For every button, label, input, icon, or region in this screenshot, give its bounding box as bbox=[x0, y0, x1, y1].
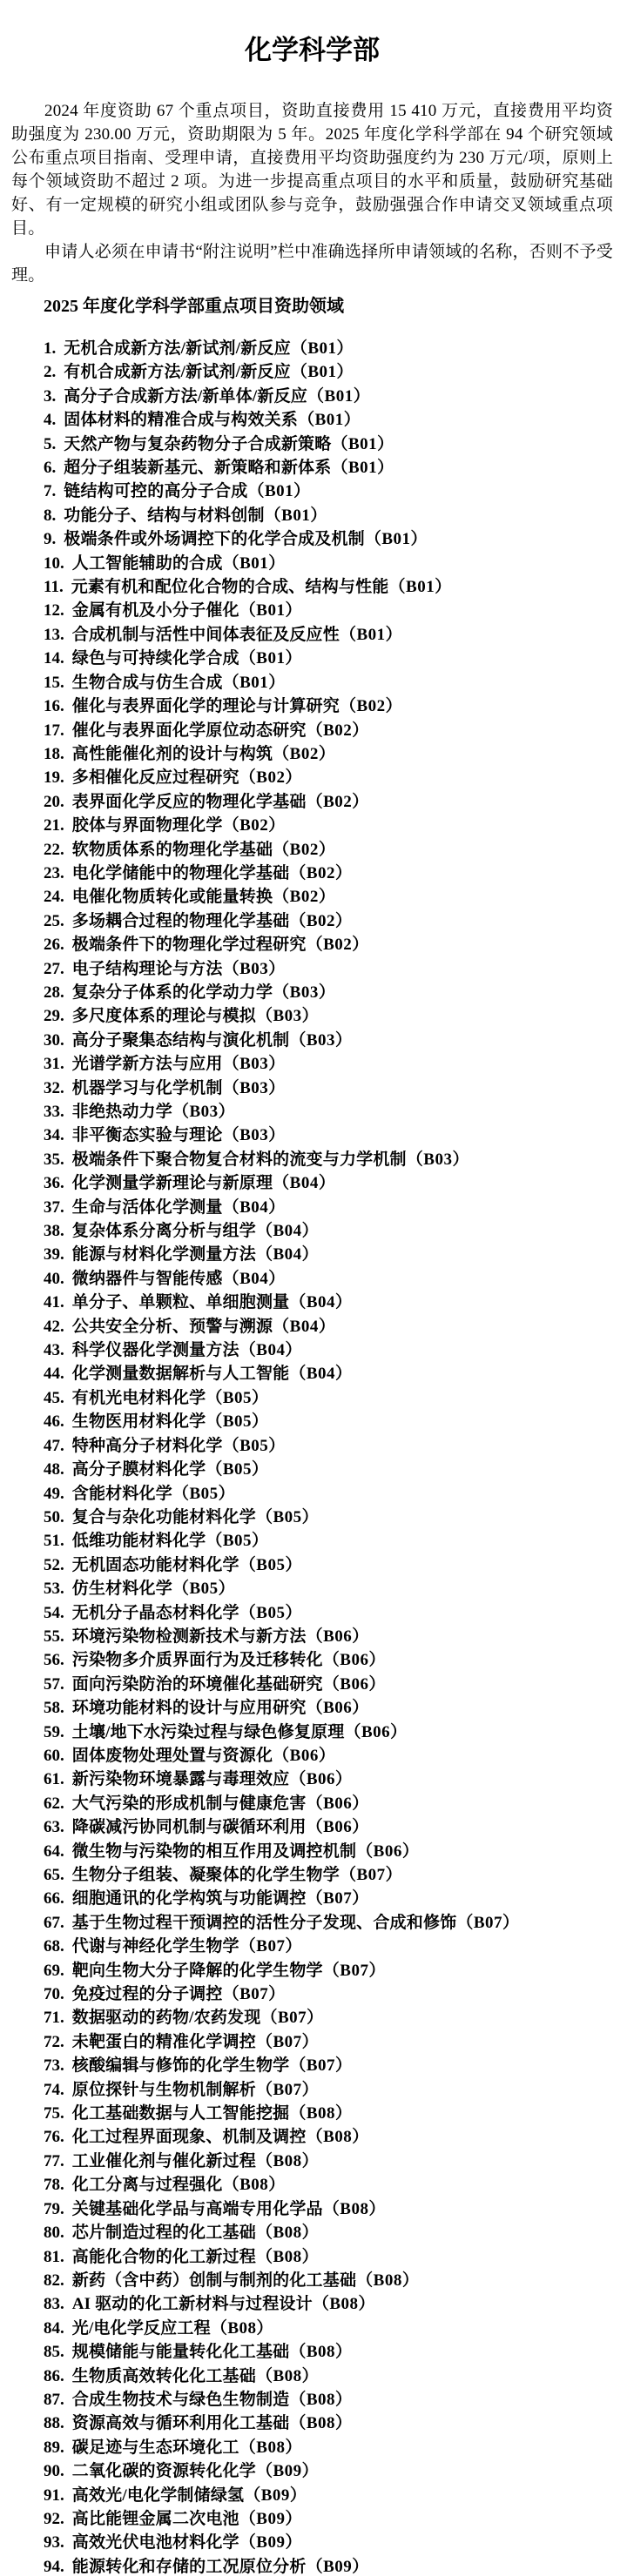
item-code: （B05） bbox=[239, 1604, 302, 1622]
item-title: 无机固态功能材料化学 bbox=[72, 1556, 239, 1574]
funding-area-item: 29.多尺度体系的理论与模拟（B03） bbox=[44, 1004, 613, 1028]
item-number: 20. bbox=[44, 793, 64, 811]
item-title: 高比能锂金属二次电池 bbox=[72, 2510, 239, 2528]
funding-area-item: 71.数据驱动的药物/农药发现（B07） bbox=[44, 2006, 613, 2029]
item-title: 高分子合成新方法/新单体/新反应 bbox=[64, 387, 307, 406]
funding-area-item: 7.链结构可控的高分子合成（B01） bbox=[44, 480, 613, 503]
funding-area-item: 58.环境功能材料的设计与应用研究（B06） bbox=[44, 1696, 613, 1720]
item-number: 18. bbox=[44, 745, 64, 763]
item-title: 超分子组装新基元、新策略和新体系 bbox=[64, 459, 331, 477]
item-code: （B08） bbox=[356, 2271, 419, 2290]
item-number: 33. bbox=[44, 1103, 64, 1121]
item-code: （B09） bbox=[239, 2533, 302, 2552]
funding-area-item: 73.核酸编辑与修饰的化学生物学（B07） bbox=[44, 2054, 613, 2077]
item-title: 新污染物环境暴露与毒理效应 bbox=[72, 1770, 290, 1788]
item-code: （B07） bbox=[256, 2033, 319, 2051]
item-number: 68. bbox=[44, 1937, 64, 1955]
item-number: 35. bbox=[44, 1150, 64, 1169]
funding-area-item: 54.无机分子晶态材料化学（B05） bbox=[44, 1601, 613, 1625]
item-number: 3. bbox=[44, 387, 56, 406]
item-title: 无机分子晶态材料化学 bbox=[72, 1604, 239, 1622]
item-number: 79. bbox=[44, 2200, 64, 2218]
item-number: 30. bbox=[44, 1031, 64, 1050]
item-number: 82. bbox=[44, 2271, 64, 2290]
item-title: 数据驱动的药物/农药发现 bbox=[72, 2009, 261, 2027]
item-code: （B05） bbox=[172, 1580, 235, 1598]
funding-area-item: 5.天然产物与复杂药物分子合成新策略（B01） bbox=[44, 433, 613, 456]
item-number: 10. bbox=[44, 554, 64, 573]
item-number: 12. bbox=[44, 601, 64, 620]
item-title: 电子结构理论与方法 bbox=[72, 960, 223, 978]
item-number: 61. bbox=[44, 1770, 64, 1788]
funding-area-item: 43.科学仪器化学测量方法（B04） bbox=[44, 1338, 613, 1362]
funding-area-item: 93.高效光伏电池材料化学（B09） bbox=[44, 2531, 613, 2554]
item-title: 复杂体系分离分析与组学 bbox=[72, 1222, 256, 1240]
item-number: 7. bbox=[44, 482, 56, 500]
item-title: 含能材料化学 bbox=[72, 1485, 172, 1503]
item-number: 16. bbox=[44, 697, 64, 715]
item-number: 31. bbox=[44, 1055, 64, 1073]
item-code: （B01） bbox=[365, 530, 428, 548]
item-code: （B08） bbox=[289, 2343, 352, 2361]
item-number: 38. bbox=[44, 1222, 64, 1240]
item-title: 低维功能材料化学 bbox=[72, 1532, 206, 1550]
item-code: （B06） bbox=[344, 1723, 407, 1741]
item-title: 生物分子组装、凝聚体的化学生物学 bbox=[72, 1866, 340, 1884]
funding-area-item: 8.功能分子、结构与材料创制（B01） bbox=[44, 504, 613, 527]
funding-area-item: 37.生命与活体化学测量（B04） bbox=[44, 1196, 613, 1219]
item-number: 70. bbox=[44, 1985, 64, 2003]
page-title: 化学科学部 bbox=[11, 0, 613, 68]
item-code: （B01） bbox=[239, 649, 302, 667]
item-number: 22. bbox=[44, 841, 64, 859]
item-title: 极端条件或外场调控下的化学合成及机制 bbox=[64, 530, 365, 548]
funding-area-item: 12.金属有机及小分子催化（B01） bbox=[44, 599, 613, 622]
funding-area-item: 74.原位探针与生物机制解析（B07） bbox=[44, 2078, 613, 2102]
funding-area-item: 24.电催化物质转化或能量转换（B02） bbox=[44, 885, 613, 909]
item-title: 合成机制与活性中间体表征及反应性 bbox=[72, 626, 340, 644]
item-number: 17. bbox=[44, 721, 64, 740]
funding-area-item: 13.合成机制与活性中间体表征及反应性（B01） bbox=[44, 623, 613, 647]
item-number: 13. bbox=[44, 626, 64, 644]
funding-area-item: 18.高性能催化剂的设计与构筑（B02） bbox=[44, 742, 613, 766]
item-code: （B02） bbox=[307, 793, 369, 811]
funding-area-item: 70.免疫过程的分子调控（B07） bbox=[44, 1982, 613, 2006]
item-number: 92. bbox=[44, 2510, 64, 2528]
item-code: （B04） bbox=[223, 1198, 286, 1217]
item-title: 靶向生物大分子降解的化学生物学 bbox=[72, 1962, 323, 1980]
item-number: 19. bbox=[44, 768, 64, 787]
item-number: 37. bbox=[44, 1198, 64, 1217]
item-number: 94. bbox=[44, 2558, 64, 2576]
item-number: 44. bbox=[44, 1365, 64, 1383]
funding-area-item: 88.资源高效与循环利用化工基础（B08） bbox=[44, 2412, 613, 2435]
funding-area-item: 52.无机固态功能材料化学（B05） bbox=[44, 1553, 613, 1577]
item-number: 34. bbox=[44, 1126, 64, 1144]
item-title: 降碳减污协同机制与碳循环利用 bbox=[72, 1818, 307, 1836]
intro-paragraph-application-note: 申请人必须在申请书“附注说明”栏中准确选择所申请领域的名称，否则不予受理。 bbox=[11, 240, 613, 287]
funding-area-item: 16.催化与表界面化学的理论与计算研究（B02） bbox=[44, 694, 613, 718]
item-code: （B09） bbox=[244, 2486, 307, 2505]
funding-area-item: 90.二氧化碳的资源转化化学（B09） bbox=[44, 2459, 613, 2483]
item-title: 生物质高效转化化工基础 bbox=[72, 2367, 256, 2385]
funding-area-item: 33.非绝热动力学（B03） bbox=[44, 1100, 613, 1124]
item-title: 核酸编辑与修饰的化学生物学 bbox=[72, 2056, 290, 2075]
funding-area-item: 67.基于生物过程干预调控的活性分子发现、合成和修饰（B07） bbox=[44, 1911, 613, 1935]
item-title: 代谢与神经化学生物学 bbox=[72, 1937, 239, 1955]
item-number: 64. bbox=[44, 1842, 64, 1861]
item-title: 电催化物质转化或能量转换 bbox=[72, 888, 273, 906]
item-title: 化学测量学新理论与新原理 bbox=[72, 1174, 273, 1192]
item-code: （B03） bbox=[172, 1103, 235, 1121]
item-title: 微生物与污染物的相互作用及调控机制 bbox=[72, 1842, 356, 1861]
funding-area-item: 55.环境污染物检测新技术与新方法（B06） bbox=[44, 1625, 613, 1648]
funding-area-item: 68.代谢与神经化学生物学（B07） bbox=[44, 1935, 613, 1958]
item-number: 57. bbox=[44, 1675, 64, 1694]
item-title: 碳足迹与生态环境化工 bbox=[72, 2438, 239, 2457]
item-title: 新药（含中药）创制与制剂的化工基础 bbox=[72, 2271, 356, 2290]
item-code: （B09） bbox=[239, 2510, 302, 2528]
item-code: （B06） bbox=[323, 1675, 386, 1694]
item-title: 有机合成新方法/新试剂/新反应 bbox=[64, 363, 291, 381]
item-code: （B03） bbox=[256, 1007, 319, 1025]
funding-area-item: 89.碳足迹与生态环境化工（B08） bbox=[44, 2436, 613, 2459]
item-title: 细胞通讯的化学构筑与功能调控 bbox=[72, 1889, 307, 1908]
item-code: （B08） bbox=[256, 2224, 319, 2242]
item-code: （B02） bbox=[273, 888, 335, 906]
item-code: （B01） bbox=[331, 459, 394, 477]
item-title: 绿色与可持续化学合成 bbox=[72, 649, 239, 667]
funding-area-item: 42.公共安全分析、预警与溯源（B04） bbox=[44, 1315, 613, 1338]
item-number: 42. bbox=[44, 1318, 64, 1336]
funding-area-item: 80.芯片制造过程的化工基础（B08） bbox=[44, 2221, 613, 2244]
item-code: （B03） bbox=[223, 1055, 286, 1073]
item-number: 32. bbox=[44, 1079, 64, 1097]
item-number: 77. bbox=[44, 2152, 64, 2170]
item-title: 催化与表界面化学原位动态研究 bbox=[72, 721, 307, 740]
item-code: （B06） bbox=[307, 1818, 369, 1836]
item-title: 光/电化学反应工程 bbox=[72, 2319, 211, 2338]
funding-area-item: 45.有机光电材料化学（B05） bbox=[44, 1386, 613, 1410]
item-code: （B05） bbox=[206, 1389, 268, 1407]
item-title: 极端条件下的物理化学过程研究 bbox=[72, 936, 307, 954]
item-code: （B04） bbox=[256, 1222, 319, 1240]
funding-area-item: 94.能源转化和存储的工况原位分析（B09） bbox=[44, 2555, 613, 2576]
funding-area-item: 48.高分子膜材料化学（B05） bbox=[44, 1458, 613, 1481]
item-number: 8. bbox=[44, 506, 56, 525]
funding-area-item: 51.低维功能材料化学（B05） bbox=[44, 1529, 613, 1553]
item-title: 多尺度体系的理论与模拟 bbox=[72, 1007, 256, 1025]
item-title: 固体材料的精准合成与构效关系 bbox=[64, 411, 298, 429]
item-number: 5. bbox=[44, 435, 56, 453]
intro-paragraph-funding-overview: 2024 年度资助 67 个重点项目，资助直接费用 15 410 万元，直接费用… bbox=[11, 99, 613, 240]
item-title: 生物合成与仿生合成 bbox=[72, 674, 223, 692]
item-code: （B07） bbox=[307, 1889, 369, 1908]
funding-area-item: 4.固体材料的精准合成与构效关系（B01） bbox=[44, 408, 613, 432]
item-code: （B06） bbox=[307, 1627, 369, 1646]
item-code: （B05） bbox=[206, 1412, 268, 1431]
item-number: 91. bbox=[44, 2486, 64, 2505]
item-number: 85. bbox=[44, 2343, 64, 2361]
item-code: （B03） bbox=[223, 1079, 286, 1097]
item-code: （B03） bbox=[223, 960, 286, 978]
funding-area-item: 76.化工过程界面现象、机制及调控（B08） bbox=[44, 2125, 613, 2149]
item-code: （B02） bbox=[239, 768, 302, 787]
item-title: 高能化合物的化工新过程 bbox=[72, 2248, 256, 2266]
item-code: （B04） bbox=[273, 1318, 335, 1336]
item-title: 高效光/电化学制储绿氢 bbox=[72, 2486, 244, 2505]
item-number: 84. bbox=[44, 2319, 64, 2338]
item-title: 复合与杂化功能材料化学 bbox=[72, 1508, 256, 1526]
funding-areas-list: 1.无机合成新方法/新试剂/新反应（B01）2.有机合成新方法/新试剂/新反应（… bbox=[11, 337, 613, 2576]
item-code: （B08） bbox=[289, 2391, 352, 2409]
item-code: （B01） bbox=[265, 506, 327, 525]
item-code: （B07） bbox=[260, 2009, 323, 2027]
item-number: 71. bbox=[44, 2009, 64, 2027]
funding-area-item: 26.极端条件下的物理化学过程研究（B02） bbox=[44, 933, 613, 956]
funding-area-item: 64.微生物与污染物的相互作用及调控机制（B06） bbox=[44, 1840, 613, 1863]
item-title: 能源转化和存储的工况原位分析 bbox=[72, 2558, 307, 2576]
item-title: 天然产物与复杂药物分子合成新策略 bbox=[64, 435, 331, 453]
item-title: 元素有机和配位化合物的合成、结构与性能 bbox=[71, 578, 389, 596]
item-number: 4. bbox=[44, 411, 56, 429]
item-code: （B03） bbox=[407, 1150, 469, 1169]
item-number: 87. bbox=[44, 2391, 64, 2409]
item-title: 非绝热动力学 bbox=[72, 1103, 172, 1121]
item-code: （B02） bbox=[289, 864, 352, 882]
item-number: 65. bbox=[44, 1866, 64, 1884]
item-code: （B08） bbox=[211, 2319, 273, 2338]
item-title: 工业催化剂与催化新过程 bbox=[72, 2152, 256, 2170]
item-title: 生命与活体化学测量 bbox=[72, 1198, 223, 1217]
funding-area-item: 39.能源与材料化学测量方法（B04） bbox=[44, 1243, 613, 1266]
funding-area-item: 40.微纳器件与智能传感（B04） bbox=[44, 1267, 613, 1291]
item-number: 63. bbox=[44, 1818, 64, 1836]
item-code: （B06） bbox=[273, 1747, 335, 1765]
item-title: 资源高效与循环利用化工基础 bbox=[72, 2414, 290, 2432]
funding-area-item: 34.非平衡态实验与理论（B03） bbox=[44, 1124, 613, 1147]
item-number: 67. bbox=[44, 1914, 64, 1932]
item-number: 47. bbox=[44, 1437, 64, 1455]
item-title: 原位探针与生物机制解析 bbox=[72, 2081, 256, 2099]
item-title: 多相催化反应过程研究 bbox=[72, 768, 239, 787]
item-code: （B07） bbox=[289, 2056, 352, 2075]
funding-area-item: 81.高能化合物的化工新过程（B08） bbox=[44, 2245, 613, 2269]
item-number: 72. bbox=[44, 2033, 64, 2051]
item-number: 53. bbox=[44, 1580, 64, 1598]
item-number: 25. bbox=[44, 912, 64, 930]
item-title: 多场耦合过程的物理化学基础 bbox=[72, 912, 290, 930]
item-title: 固体废物处理处置与资源化 bbox=[72, 1747, 273, 1765]
item-code: （B06） bbox=[356, 1842, 419, 1861]
item-code: （B04） bbox=[273, 1174, 335, 1192]
item-number: 6. bbox=[44, 459, 56, 477]
item-title: 高效光伏电池材料化学 bbox=[72, 2533, 239, 2552]
item-number: 93. bbox=[44, 2533, 64, 2552]
item-code: （B07） bbox=[223, 1985, 286, 2003]
item-title: 化学测量数据解析与人工智能 bbox=[72, 1365, 290, 1383]
item-title: 电化学储能中的物理化学基础 bbox=[72, 864, 290, 882]
funding-area-item: 27.电子结构理论与方法（B03） bbox=[44, 957, 613, 981]
funding-area-item: 17.催化与表界面化学原位动态研究（B02） bbox=[44, 719, 613, 742]
item-code: （B09） bbox=[307, 2558, 369, 2576]
item-title: 污染物多介质界面行为及迁移转化 bbox=[72, 1651, 323, 1669]
item-number: 78. bbox=[44, 2176, 64, 2194]
item-title: 关键基础化学品与高端专用化学品 bbox=[72, 2200, 323, 2218]
funding-area-item: 2.有机合成新方法/新试剂/新反应（B01） bbox=[44, 360, 613, 384]
item-title: 光谱学新方法与应用 bbox=[72, 1055, 223, 1073]
item-number: 51. bbox=[44, 1532, 64, 1550]
funding-area-item: 3.高分子合成新方法/新单体/新反应（B01） bbox=[44, 385, 613, 408]
item-code: （B01） bbox=[307, 387, 370, 406]
item-title: 催化与表界面化学的理论与计算研究 bbox=[72, 697, 340, 715]
item-title: 机器学习与化学机制 bbox=[72, 1079, 223, 1097]
item-title: 胶体与界面物理化学 bbox=[72, 816, 223, 835]
item-title: 单分子、单颗粒、单细胞测量 bbox=[72, 1293, 290, 1311]
funding-area-item: 84.光/电化学反应工程（B08） bbox=[44, 2317, 613, 2340]
item-code: （B08） bbox=[289, 2104, 352, 2123]
item-code: （B08） bbox=[256, 2248, 319, 2266]
funding-area-item: 36.化学测量学新理论与新原理（B04） bbox=[44, 1171, 613, 1195]
funding-area-item: 83.AI 驱动的化工新材料与过程设计（B08） bbox=[44, 2292, 613, 2316]
item-title: 仿生材料化学 bbox=[72, 1580, 172, 1598]
item-title: 表界面化学反应的物理化学基础 bbox=[72, 793, 307, 811]
item-number: 59. bbox=[44, 1723, 64, 1741]
funding-area-item: 20.表界面化学反应的物理化学基础（B02） bbox=[44, 790, 613, 814]
funding-area-item: 41.单分子、单颗粒、单细胞测量（B04） bbox=[44, 1291, 613, 1314]
item-title: 二氧化碳的资源转化化学 bbox=[72, 2462, 256, 2480]
item-number: 27. bbox=[44, 960, 64, 978]
item-code: （B08） bbox=[323, 2200, 386, 2218]
item-title: 大气污染的形成机制与健康危害 bbox=[72, 1794, 307, 1813]
item-number: 89. bbox=[44, 2438, 64, 2457]
item-title: 免疫过程的分子调控 bbox=[72, 1985, 223, 2003]
item-code: （B08） bbox=[289, 2414, 352, 2432]
item-title: 能源与材料化学测量方法 bbox=[72, 1245, 256, 1264]
item-title: 化工基础数据与人工智能挖掘 bbox=[72, 2104, 290, 2123]
item-code: （B01） bbox=[298, 411, 361, 429]
item-number: 83. bbox=[44, 2295, 64, 2313]
item-code: （B01） bbox=[239, 601, 302, 620]
funding-area-item: 66.细胞通讯的化学构筑与功能调控（B07） bbox=[44, 1887, 613, 1910]
funding-area-item: 82.新药（含中药）创制与制剂的化工基础（B08） bbox=[44, 2269, 613, 2292]
item-code: （B02） bbox=[273, 841, 335, 859]
item-number: 2. bbox=[44, 363, 56, 381]
item-title: 微纳器件与智能传感 bbox=[72, 1270, 223, 1288]
funding-area-item: 61.新污染物环境暴露与毒理效应（B06） bbox=[44, 1768, 613, 1791]
item-code: （B04） bbox=[289, 1293, 352, 1311]
item-number: 88. bbox=[44, 2414, 64, 2432]
item-title: 金属有机及小分子催化 bbox=[72, 601, 239, 620]
item-code: （B06） bbox=[307, 1699, 369, 1717]
item-title: 人工智能辅助的合成 bbox=[72, 554, 223, 573]
funding-area-item: 19.多相催化反应过程研究（B02） bbox=[44, 766, 613, 789]
item-code: （B05） bbox=[206, 1460, 268, 1479]
item-number: 66. bbox=[44, 1889, 64, 1908]
item-title: 化工分离与过程强化 bbox=[72, 2176, 223, 2194]
item-code: （B04） bbox=[239, 1341, 302, 1359]
item-code: （B04） bbox=[223, 1270, 286, 1288]
item-title: 高性能催化剂的设计与构筑 bbox=[72, 745, 273, 763]
item-code: （B07） bbox=[239, 1937, 302, 1955]
item-number: 24. bbox=[44, 888, 64, 906]
item-number: 9. bbox=[44, 530, 56, 548]
item-number: 1. bbox=[44, 339, 56, 358]
item-title: 芯片制造过程的化工基础 bbox=[72, 2224, 256, 2242]
item-number: 75. bbox=[44, 2104, 64, 2123]
item-code: （B09） bbox=[256, 2462, 319, 2480]
funding-area-item: 22.软物质体系的物理化学基础（B02） bbox=[44, 838, 613, 862]
item-code: （B01） bbox=[389, 578, 452, 596]
item-title: 基于生物过程干预调控的活性分子发现、合成和修饰 bbox=[72, 1914, 457, 1932]
item-number: 11. bbox=[44, 578, 64, 596]
item-title: 生物医用材料化学 bbox=[72, 1412, 206, 1431]
item-code: （B05） bbox=[206, 1532, 268, 1550]
funding-area-item: 85.规模储能与能量转化化工基础（B08） bbox=[44, 2340, 613, 2364]
item-code: （B01） bbox=[291, 363, 354, 381]
item-number: 54. bbox=[44, 1604, 64, 1622]
funding-area-item: 1.无机合成新方法/新试剂/新反应（B01） bbox=[44, 337, 613, 360]
item-title: 环境功能材料的设计与应用研究 bbox=[72, 1699, 307, 1717]
item-title: 非平衡态实验与理论 bbox=[72, 1126, 223, 1144]
funding-area-item: 23.电化学储能中的物理化学基础（B02） bbox=[44, 862, 613, 885]
item-number: 50. bbox=[44, 1508, 64, 1526]
item-title: 链结构可控的高分子合成 bbox=[64, 482, 247, 500]
funding-area-item: 28.复杂分子体系的化学动力学（B03） bbox=[44, 981, 613, 1004]
item-code: （B02） bbox=[307, 721, 369, 740]
funding-area-item: 60.固体废物处理处置与资源化（B06） bbox=[44, 1744, 613, 1768]
item-title: 面向污染防治的环境催化基础研究 bbox=[72, 1675, 323, 1694]
funding-area-item: 30.高分子聚集态结构与演化机制（B03） bbox=[44, 1029, 613, 1052]
item-code: （B03） bbox=[273, 983, 335, 1002]
funding-area-item: 92.高比能锂金属二次电池（B09） bbox=[44, 2507, 613, 2531]
funding-area-item: 11.元素有机和配位化合物的合成、结构与性能（B01） bbox=[44, 575, 613, 599]
item-code: （B01） bbox=[331, 435, 394, 453]
item-code: （B08） bbox=[256, 2367, 319, 2385]
item-code: （B02） bbox=[307, 936, 369, 954]
funding-area-item: 25.多场耦合过程的物理化学基础（B02） bbox=[44, 909, 613, 933]
item-number: 90. bbox=[44, 2462, 64, 2480]
funding-area-item: 47.特种高分子材料化学（B05） bbox=[44, 1434, 613, 1458]
item-code: （B07） bbox=[456, 1914, 519, 1932]
item-title: 特种高分子材料化学 bbox=[72, 1437, 223, 1455]
item-title: 有机光电材料化学 bbox=[72, 1389, 206, 1407]
item-code: （B06） bbox=[289, 1770, 352, 1788]
item-code: （B05） bbox=[223, 1437, 286, 1455]
item-number: 80. bbox=[44, 2224, 64, 2242]
funding-area-item: 53.仿生材料化学（B05） bbox=[44, 1577, 613, 1600]
funding-area-item: 62.大气污染的形成机制与健康危害（B06） bbox=[44, 1792, 613, 1815]
item-title: 软物质体系的物理化学基础 bbox=[72, 841, 273, 859]
funding-area-item: 46.生物医用材料化学（B05） bbox=[44, 1410, 613, 1433]
funding-area-item: 9.极端条件或外场调控下的化学合成及机制（B01） bbox=[44, 527, 613, 551]
item-title: 极端条件下聚合物复合材料的流变与力学机制 bbox=[72, 1150, 407, 1169]
item-title: 功能分子、结构与材料创制 bbox=[64, 506, 264, 525]
funding-area-item: 86.生物质高效转化化工基础（B08） bbox=[44, 2365, 613, 2388]
item-number: 45. bbox=[44, 1389, 64, 1407]
item-title: 无机合成新方法/新试剂/新反应 bbox=[64, 339, 291, 358]
item-title: 环境污染物检测新技术与新方法 bbox=[72, 1627, 307, 1646]
item-code: （B08） bbox=[256, 2152, 319, 2170]
funding-area-item: 49.含能材料化学（B05） bbox=[44, 1482, 613, 1506]
item-number: 60. bbox=[44, 1747, 64, 1765]
funding-area-item: 14.绿色与可持续化学合成（B01） bbox=[44, 647, 613, 670]
item-code: （B06） bbox=[323, 1651, 386, 1669]
item-code: （B07） bbox=[340, 1866, 402, 1884]
funding-area-item: 79.关键基础化学品与高端专用化学品（B08） bbox=[44, 2197, 613, 2221]
item-number: 15. bbox=[44, 674, 64, 692]
item-number: 40. bbox=[44, 1270, 64, 1288]
